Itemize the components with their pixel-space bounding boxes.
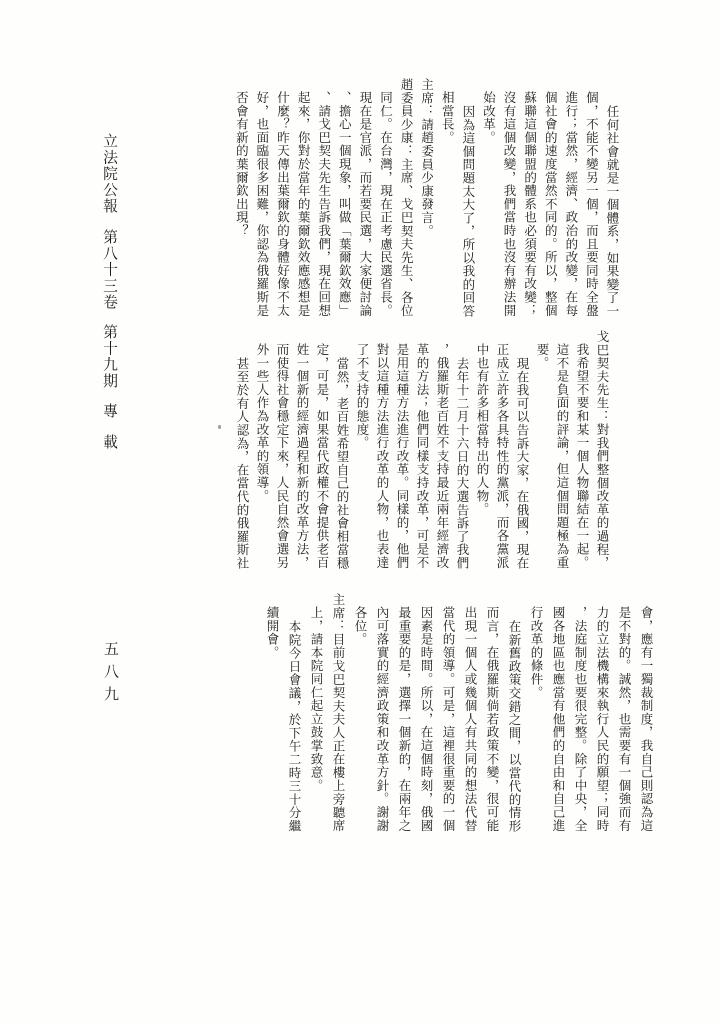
text-column: 出現一個人或幾個人有共同的想法代替 [459, 593, 481, 845]
text-column: 因為這個問題太大了，所以我的回答 [457, 78, 478, 330]
text-band-1: 任何社會就是一個體系，如果變了一個，不能不變另一個，而且要同時全盤進行；當然，經… [231, 78, 622, 330]
text-column: 是用這種方法進行改革。同樣的，他們 [392, 330, 412, 582]
text-column: 內可落實的經濟政策和改革方針。謝謝 [371, 593, 393, 845]
text-column: 、擔心一個現象，叫做「葉爾欽效應」 [334, 78, 355, 330]
text-column: 同仁。在台灣，現在正考慮民選省長。 [375, 78, 396, 330]
text-column: 因素是時間。所以，在這個時刻，俄國 [415, 593, 437, 845]
text-column: 主席：請趙委員少康發言。 [416, 78, 437, 330]
text-column: 什麼？昨天傳出葉爾欽的身體好像不太 [272, 78, 293, 330]
text-column: 對以這種方法進行改革的人物，也表達 [372, 330, 392, 582]
text-column: 個社會的速度當然不同的。所以，整個 [540, 78, 561, 330]
text-column: 姓一個新的經濟過程和新的改革方法， [292, 330, 312, 582]
text-column: 在新舊政策交錯之間，以當代的情形 [503, 593, 525, 845]
text-column: 任何社會就是一個體系，如果變了一 [601, 78, 622, 330]
text-column: 去年十二月十六日的大選告訴了我們 [452, 330, 472, 582]
text-column: 趙委員少康：主席、戈巴契夫先生、各位 [395, 78, 416, 330]
text-column: 主席：目前戈巴契夫夫人正在樓上旁聽席 [327, 593, 349, 845]
scan-speck [218, 425, 221, 429]
journal-section-char-1: 專 [99, 403, 120, 419]
text-column: 最重要的是，選擇一個新的，在兩年之 [393, 593, 415, 845]
text-column: 力的立法機構來執行人民的願望；同時 [591, 593, 613, 845]
page-number: 五八九 [100, 641, 121, 709]
text-column: 現在我可以告訴大家，在俄國，現在 [512, 330, 532, 582]
text-column: 始改革。 [478, 78, 499, 330]
text-column: 甚至於有人認為，在當代的俄羅斯社 [232, 330, 252, 582]
journal-volume: 第八十三卷 [99, 229, 120, 311]
text-column: 而使得社會穩定下來，人民自然會選另 [272, 330, 292, 582]
text-column: 是不對的。誠然，也需要有一個強而有 [613, 593, 635, 845]
text-column: 續開會。 [261, 593, 283, 845]
text-column: 相當長。 [437, 78, 458, 330]
text-band-2: 戈巴契夫先生：對我們整個改革的過程，我希望不要和某一個人物聯結在一起。這不是負面… [232, 330, 612, 582]
text-column: ，法庭制度也要很完整。除了中央，全 [569, 593, 591, 845]
journal-title: 立法院公報 [99, 133, 120, 215]
text-column: 起來，你對於當年的葉爾欽效應感想是 [293, 78, 314, 330]
text-column: 我希望不要和某一個人物聯結在一起。 [572, 330, 592, 582]
text-column: 正成立許多各具特性的黨派，而各黨派 [492, 330, 512, 582]
text-column: 中也有許多相當特出的人物。 [472, 330, 492, 582]
text-column: 上，請本院同仁起立鼓掌致意。 [305, 593, 327, 845]
text-column: 蘇聯這個聯盟的體系也必須要有改變； [519, 78, 540, 330]
text-column: 沒有這個改變，我們當時也沒有辦法開 [498, 78, 519, 330]
text-column: 好，也面臨很多困難，你認為俄羅斯是 [251, 78, 272, 330]
text-column: 了不支持的態度。 [352, 330, 372, 582]
journal-issue: 第十九期 [99, 324, 120, 389]
text-column: 進行；當然，經濟、政治的改變，在每 [560, 78, 581, 330]
text-column: ，俄羅斯老百姓不支持最近兩年經濟改 [432, 330, 452, 582]
text-column: 行改革的條件。 [525, 593, 547, 845]
text-column: 戈巴契夫先生：對我們整個改革的過程， [592, 330, 612, 582]
text-column: 外一些人作為改革的領導。 [252, 330, 272, 582]
text-column: 國各地區也應當有他們的自由和自己進 [547, 593, 569, 845]
text-column: 要。 [532, 330, 552, 582]
text-column: 革的方法；他們同樣支持改革，可是不 [412, 330, 432, 582]
text-column: 各位。 [349, 593, 371, 845]
text-band-3: 會，應有一獨裁制度，我自己則認為這是不對的。誠然，也需要有一個強而有力的立法機構… [261, 593, 657, 845]
text-column: 、請戈巴契夫先生告訴我們，現在回想 [313, 78, 334, 330]
text-column: 會，應有一獨裁制度，我自己則認為這 [635, 593, 657, 845]
journal-running-header: 立法院公報 第八十三卷 第十九期 專 載 [99, 133, 120, 450]
gazette-page: 立法院公報 第八十三卷 第十九期 專 載 五八九 任何社會就是一個體系，如果變了… [0, 0, 719, 1024]
text-column: 當代的領導。可是，這裡很重要的一個 [437, 593, 459, 845]
text-column: 定，可是，如果當代政權不會提供老百 [312, 330, 332, 582]
text-column: 個，不能不變另一個，而且要同時全盤 [581, 78, 602, 330]
text-column: 本院今日會議，於下午二時三十分繼 [283, 593, 305, 845]
text-column: 否會有新的葉爾欽出現？ [231, 78, 252, 330]
text-column: 當然，老百姓希望自己的社會相當穩 [332, 330, 352, 582]
text-column: 這不是負面的評論，但這個問題極為重 [552, 330, 572, 582]
journal-section-char-2: 載 [99, 434, 120, 450]
text-column: 現在是官派，而若要民選，大家便討論 [354, 78, 375, 330]
text-column: 而言，在俄羅斯倘若政策不變，很可能 [481, 593, 503, 845]
